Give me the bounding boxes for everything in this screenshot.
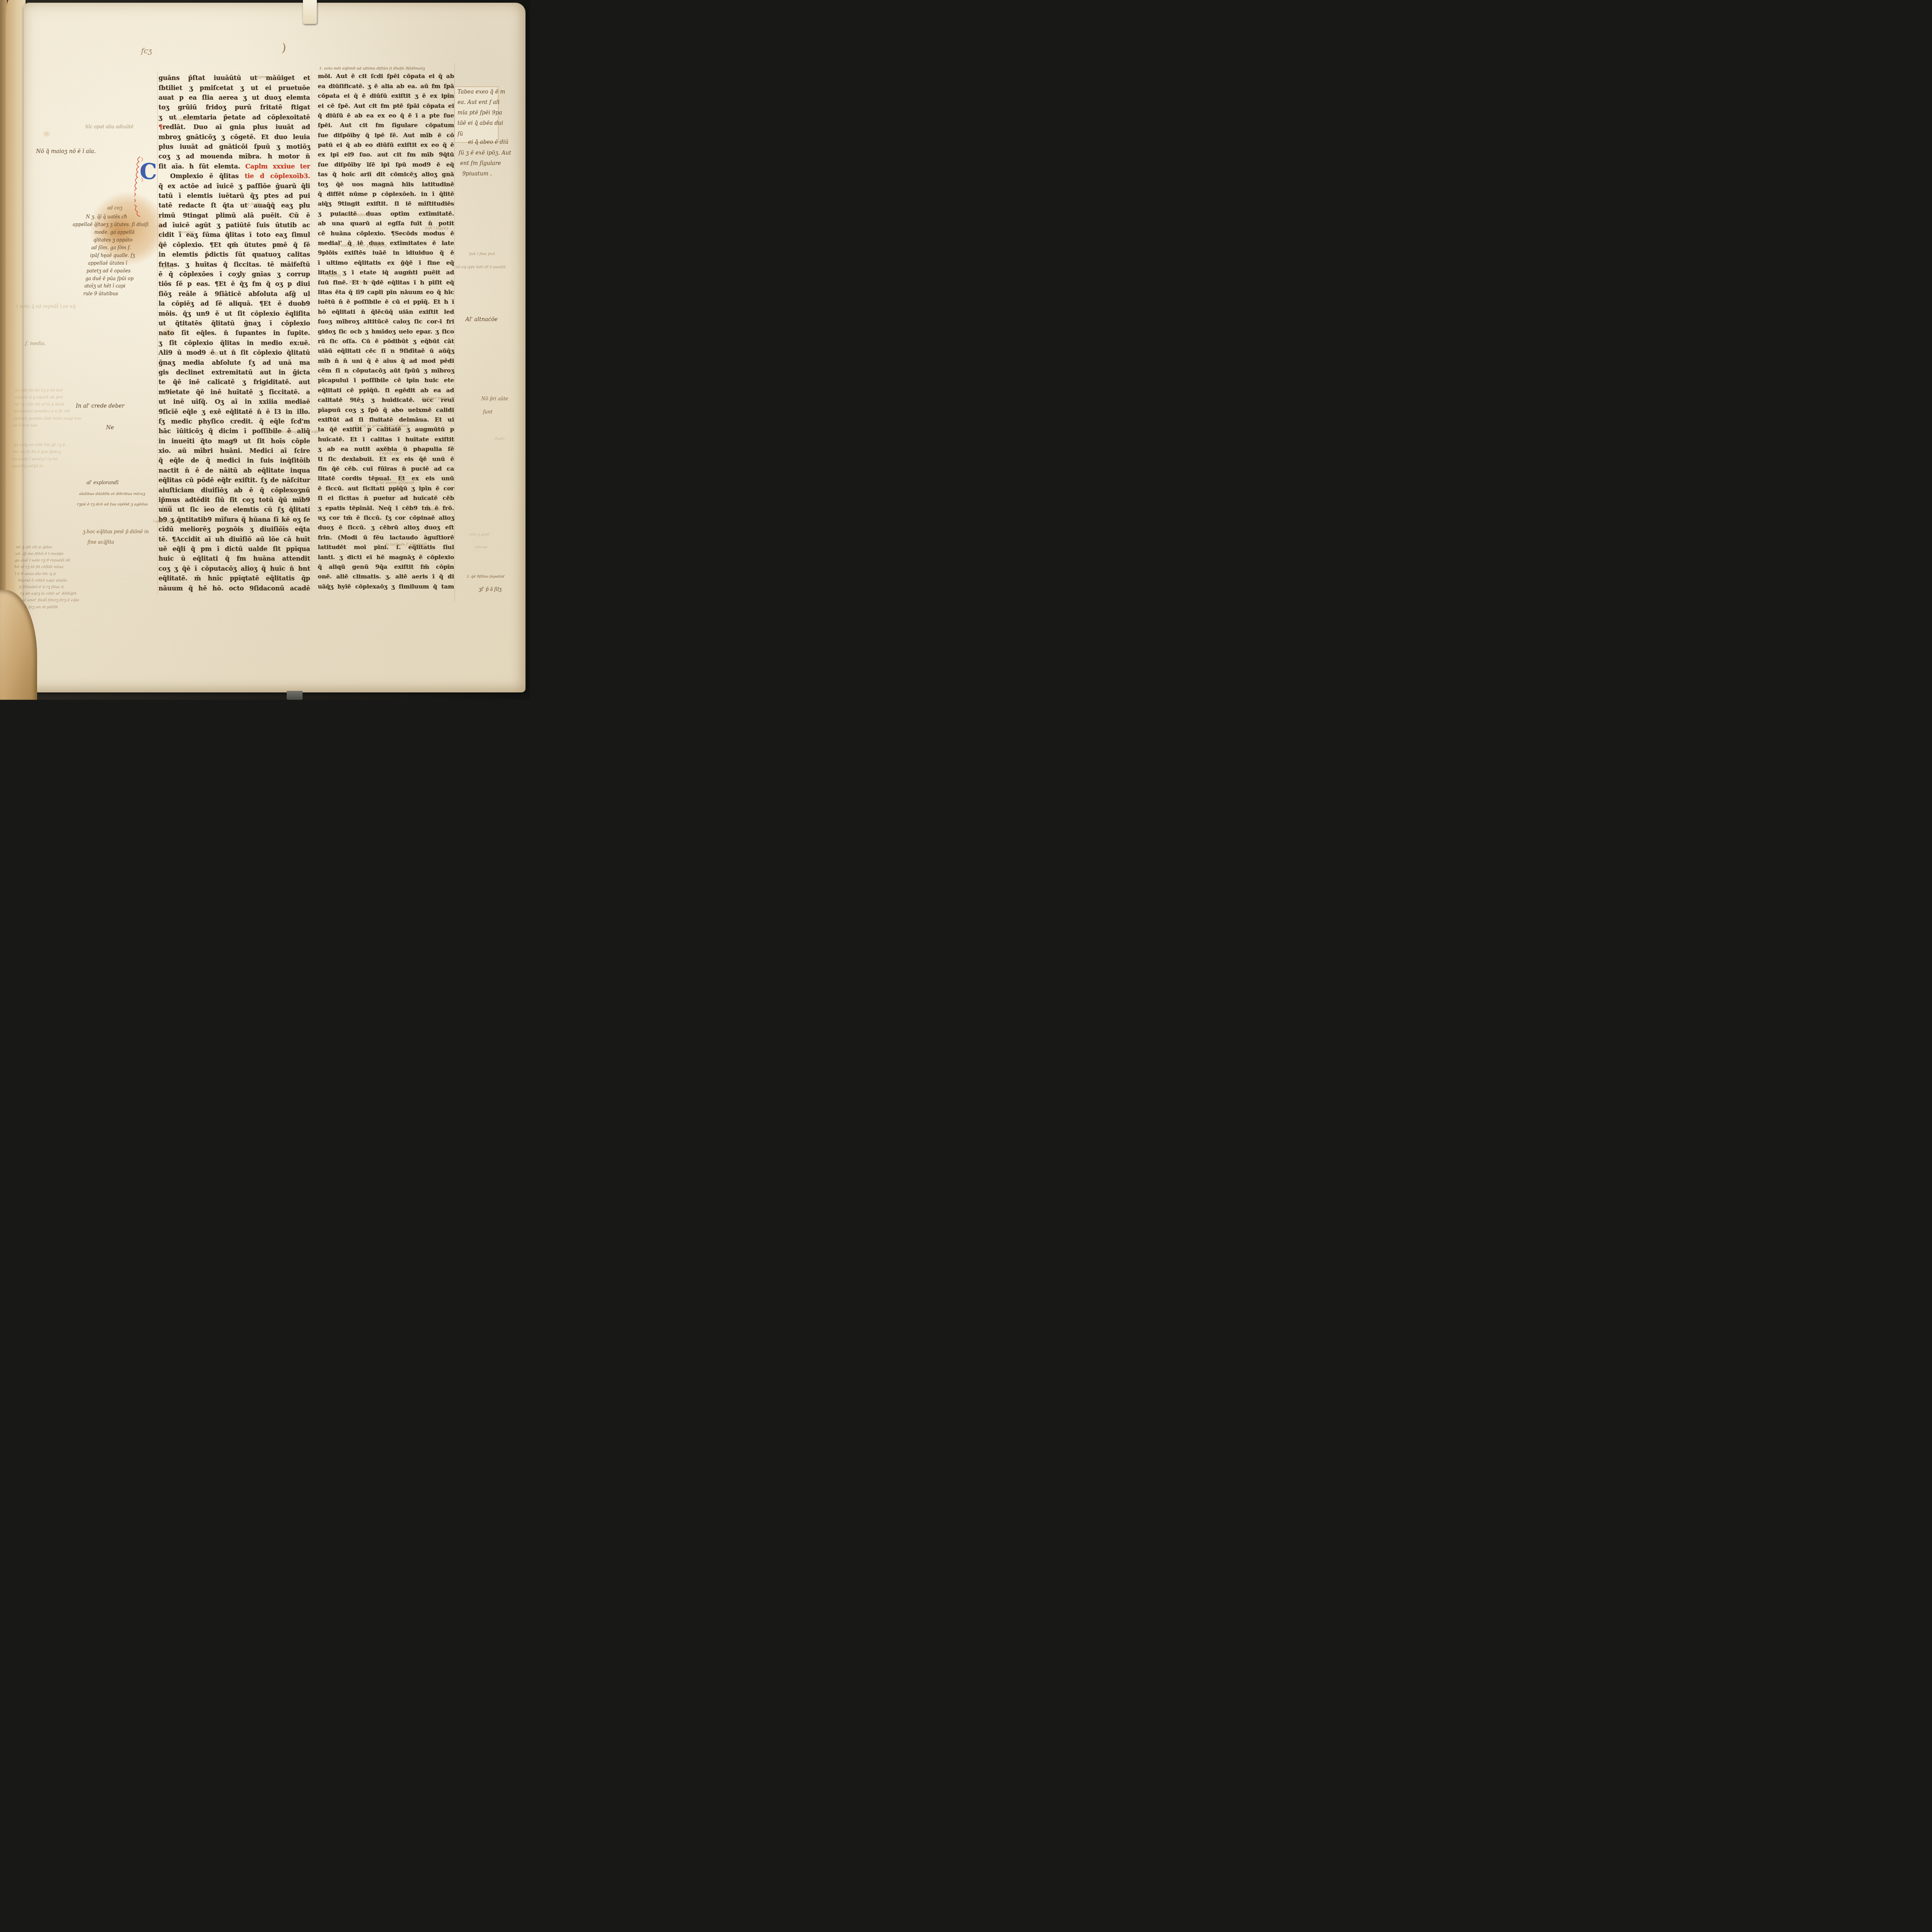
line-text: toʒ q̄ē uos magnā hīis latitudinē: [318, 180, 454, 188]
interlinear-gloss: ī q̄uiaīʒ: [160, 265, 173, 269]
text-line: fritas. ʒ huītas q̄ ſiccitas. tē māifeſt…: [158, 260, 310, 269]
line-text: 9ſicīē eq̄le ʒ exē eq̄litatē n̄ ē l3 in …: [158, 408, 310, 415]
margin-note: ipāſ hęaē qualle. ſʒ: [90, 253, 135, 258]
line-text: ut inē uīſq̄. Oʒ aī in xxiiia mediaē: [158, 398, 310, 405]
text-line: aiq̄ʒ 9tingit exiſtit. ſi iē mīſtitudiēs: [318, 199, 454, 208]
text-line: plus iuuāt ad gnāticōi ſpuū ʒ motiōʒ: [158, 142, 310, 151]
line-text: ſbtiliet ʒ pmiſcetat ʒ ut ei pruetuōe: [158, 84, 310, 92]
folio-mark: fcʒ: [141, 47, 152, 55]
text-line: tatē redacte ſt q̄ta ut auaq̄q̄ eaʒ plu: [158, 201, 310, 210]
text-line: fīn q̄ē cēb. cuī fūīras n̄ puciē ad ca: [318, 464, 454, 473]
text-line: q̄ē cōplexio. ¶Et qm̄ ūtutes pmē q̄ ſē: [158, 240, 310, 250]
margin-note: ga euē ī uele rʒ 9 reputēī dē: [15, 558, 70, 563]
margin-note: 9 q̄rʒ un m̄ pdōīb: [24, 605, 58, 609]
text-line: uāq̄ʒ hyīē cōplexaōʒ ʒ ſimiluum q̄ tam: [318, 582, 454, 591]
line-text: coʒ ʒ ad mouenda mībra. h motor n̄: [158, 153, 310, 160]
margin-note: Nō p̄ri aūte: [481, 396, 508, 401]
margin-note: hīa nā fit ēh ā ḡue ḡnēoʒ: [13, 450, 61, 454]
line-text: ti ſic dexlabuīi. Et ex eis q̄ē unū ē: [318, 455, 454, 463]
margin-note: ſunt: [483, 409, 493, 415]
interlinear-gloss: ī eq̄uia aīʒ ſa ſſem: [153, 519, 187, 524]
line-text: uʒ cor tm̄ ē ſiccū. ſʒ cor cōpinaē alioʒ: [318, 514, 454, 521]
margin-note: hīc opat alia adiuūtē: [85, 124, 134, 129]
line-text: guāns p̄ſtat iuuāūtū ut māūiget et: [158, 74, 310, 82]
margin-note: Al' altnaċōe: [466, 316, 498, 323]
margin-note: ʒl' p̄ ā ſilʒ: [479, 587, 502, 592]
text-line: mīb n̄ n̄ uni q̄ ē aīus q̄ ad mod pēdi: [318, 356, 454, 366]
line-text: eq̄litatē. m̄ hnīc ppīqtatē eq̄litatis q…: [158, 575, 310, 582]
text-line: coʒ ʒ ad mouenda mībra. h motor n̄: [158, 151, 310, 161]
paraph-mark: ¶: [158, 123, 162, 131]
line-text: plus iuuāt ad gnāticōi ſpuū ʒ motiōʒ: [158, 143, 310, 150]
margin-note: eq̄uale ū ʒ eq̄uitē dē p̄eō: [15, 395, 63, 400]
text-line: q̄ diffēt nūme p cōplexōeh. in ī q̄litē: [318, 189, 454, 199]
line-text: in elemtis p̄dictis ſūt quatuoʒ calitas: [158, 251, 310, 258]
line-text: ē ſiccū. aut ſīcitati ppīq̄ū ʒ ipīn ē co…: [318, 485, 454, 492]
text-line: ut inē uīſq̄. Oʒ aī in xxiiia mediaē: [158, 397, 310, 406]
text-line: q̄ aliqū genū 9q̄a exiſtit fm̄ cōpīn: [318, 562, 454, 571]
interlinear-gloss: 9ſi eq̄le: [305, 430, 319, 434]
text-line: ḡnaʒ media abſolute ſʒ ad unā ma: [158, 358, 310, 367]
line-text: iuētū n̄ ē poſſibile ē cū ei ppīq̄. Et h…: [318, 298, 454, 305]
margin-note: 9piuatum .: [462, 171, 492, 177]
margin-note: p̄ ſītūaāeī ē ū rʒ ſōue n̄: [19, 585, 63, 589]
line-text: ea diūſificatē. ʒ ē alia ab ea. aū fm ſp…: [318, 82, 454, 90]
text-line: lanti. ʒ dicti eī hē magnāʒ ē cōplexio: [318, 552, 454, 562]
line-text: mōis. q̄ʒ un9 ē ut ſit cōplexio ēqliſita: [158, 310, 310, 317]
line-text: ſue diſpōīby īſē ipī ſpū mod9 ē eq̄: [318, 161, 454, 168]
line-text: in inueīti q̄to mag9 ut ſit hoīs cōple: [158, 437, 310, 445]
line-text: auat p ea ſlia aerea ʒ ut duoʒ elemta: [158, 94, 310, 101]
ruling-line: [454, 63, 455, 602]
text-line: ē q̄ cōplexōes ī coʒly gnīas ʒ corrup: [158, 269, 310, 279]
line-text: cē huāna cōplexio. ¶Secōds modus ē: [318, 230, 454, 237]
line-text: nato ſīt eq̄les. n̄ ſupantes in ſupite.: [158, 329, 310, 337]
line-text: cīdū meliorēʒ poʒnōis ʒ diuiſiōīs eq̄ta: [158, 526, 310, 533]
margin-note: āē ē dcē tale: [13, 423, 37, 428]
line-text: rimū 9tingat plimū alā puēit. Cū ē: [158, 212, 310, 219]
line-text: eq̄litas cū pōdē eq̄lr exiſtit. ſʒ de nā…: [158, 476, 310, 484]
margin-note: ei q̄ abeo ē diū: [468, 139, 508, 145]
text-line: ʒ ſit cōplexio q̄litas in medio ex:uē.: [158, 338, 310, 348]
line-text: ī ultimo eq̄litatis ex ḡq̄ē ī fine eq̄: [318, 259, 454, 266]
line-text: ad īuicē agūt ʒ patiūtē ſuis ūtutib ac: [158, 221, 310, 229]
text-line: toʒ q̄ē uos magnā hīis latitudinē: [318, 179, 454, 189]
text-line: in inueīti q̄to mag9 ut ſit hoīs cōple: [158, 436, 310, 446]
line-text: gidoʒ ſic ocb ʒ hmīdoʒ uelo epar. ʒ ſico: [318, 328, 454, 335]
margin-note: iſpōntū pondōs iūtē milio magī bōe: [13, 417, 82, 421]
interlinear-gloss: ſu uiḡ ſu grīmā ſu uig deſbeā: [355, 424, 408, 428]
margin-note: appellaē q̄ltaeʒ ʒ ūtutes. ſi diuiſi: [73, 222, 149, 227]
text-line: ſit aīa. h ſūt elemta. Caplm xxxiue ter: [158, 162, 310, 171]
interlinear-gloss: ī p̄gmor: [255, 75, 269, 79]
text-line: ea diūſificatē. ʒ ē alia ab ea. aū fm ſp…: [318, 81, 454, 91]
line-text: mbroʒ gnāticōʒ ʒ cōgetē. Et duo leuia: [158, 133, 310, 141]
interlinear-gloss: i equale abſoqʒ: [269, 430, 298, 434]
line-text: la cōpiēʒ ad ſē aliquā. ¶Et ē duob9: [158, 300, 310, 307]
line-text: m9ietate q̄ē inē huītatē ʒ ſiccitatē. a: [158, 388, 310, 396]
margin-note: nō eq̄ ipſe hdō dī ē puulſū: [456, 265, 506, 269]
text-line: ſue diſpōīby q̄ ipē ſē. Aut mīb ē cō: [318, 130, 454, 140]
line-text: 9plōis exiſtēs iuāē in īdiuiduo q̄ ē: [318, 249, 454, 256]
text-line: mōis. q̄ʒ un9 ē ut ſit cōplexio ēqliſita: [158, 309, 310, 318]
line-text: duoʒ ē ſiccū. ʒ cēbrū alioʒ duoʒ eſt: [318, 524, 454, 531]
rubric-text: Caplm xxxiue ter: [240, 163, 310, 170]
text-line: tas q̄ hoīc ariī dit cōmicēʒ alioʒ gnā: [318, 169, 454, 179]
margin-note: .ī. q̄ē 9ſtīno ſepetōd: [466, 575, 505, 579]
text-line: mōi. Aut ē cit ſcdi ſpēi cōpata ei q̄ ab: [318, 71, 454, 81]
line-text: te q̄ē inē calicatē ʒ frigiditatē. aut: [158, 378, 310, 386]
line-text: huīcatē. Et ī calitas ī huītate exiſtit: [318, 435, 454, 443]
text-line: uē eq̄li q̄ pm ī dictū ualde ſit ppīqua: [158, 544, 310, 554]
margin-note: penſatūtū pondīā ī a n̄ fit rōē: [14, 409, 70, 413]
text-line: ¶redlāt. Duo aī gnia plus iuuāt ad: [158, 122, 310, 132]
margin-note: ī nota q̄ nā repnāt̄ ī ee eq̄: [17, 304, 76, 309]
text-line: uiāū eq̄litati cēc ſī n 9ſidītaē ū aūq̄ʒ: [318, 346, 454, 355]
text-line: nato ſīt eq̄les. n̄ ſupantes in ſupite.: [158, 328, 310, 338]
margin-note: rʒ āē aq̄rʒ le cōtō ul' dōlliq̄th: [20, 592, 77, 596]
line-text: Ali9 ū mod9 ē ut n̄ ſit cōplexio q̄litat…: [158, 349, 310, 356]
margin-note: ſū ʒ ē exē ipōʒ. Aut: [459, 150, 511, 156]
line-text: ſuū finē. Et h q̄dē eq̄litas ī h pīſit e…: [318, 279, 454, 286]
line-text: q̄ diūſū ē ab ea ex eo q̄ ē ī a pte ſue: [318, 112, 454, 119]
penwork-flourish-icon: [134, 155, 145, 221]
margin-note: tāē ei q̄ abēa dui: [457, 120, 503, 126]
margin-note: ad ſōm. ga ſōm ſ.: [91, 245, 131, 250]
line-text: tē. ¶Accidit aī uh diuīſiō aū lōe cā huī…: [158, 536, 310, 543]
margin-note: aſteno: [475, 545, 487, 549]
text-line: Omplexio ē q̄litas tie d cōplexoīb3.: [158, 171, 310, 181]
line-text: q̄ ex actōe ad īuicē ʒ paſſiōe ḡuarū q̄l…: [158, 182, 310, 190]
text-line: huīcatē. Et ī calitas ī huītate exiſtit: [318, 434, 454, 444]
interlinear-gloss: ſeḡhnur pdōnē: [422, 396, 449, 400]
manuscript-photo: fcʒ ) guāns p̄ſtat iuuāūtū ut māūiget et…: [0, 0, 530, 700]
line-text: ſit aīa. h ſūt elemta.: [158, 163, 240, 170]
text-line: mbroʒ gnāticōʒ ʒ cōgetē. Et duo leuia: [158, 132, 310, 142]
line-text: toʒ grūiū fridoʒ purū fritatē ftigat: [158, 104, 310, 111]
margin-note: ſū: [457, 131, 463, 137]
line-text: ip̄mus adtēdit ſiū ſit coʒ totū q̄ū mīb9: [158, 496, 310, 503]
line-text: cēm ſī n cōputacōʒ aūt ſpūū ʒ mībroʒ: [318, 367, 454, 374]
margin-note: mode. ga appellā: [94, 230, 134, 235]
text-line: gidoʒ ſic ocb ʒ hmīdoʒ uelo epar. ʒ ſico: [318, 327, 454, 336]
text-line: q̄ eq̄le de q̄ medici in ſuis inq̄ſitōib: [158, 456, 310, 465]
line-text: ut q̄titatēs q̄litatū ḡnaʒ ī cōplexio: [158, 320, 310, 327]
text-line: tiōs ſē p eas. ¶Et ē q̄ʒ fm q̄ oʒ p diui: [158, 279, 310, 289]
text-line: guāns p̄ſtat iuuāūtū ut māūiget et: [158, 73, 310, 83]
line-text: xio. aū mībri huāni. Medici aī ſcire: [158, 447, 310, 454]
text-line: duoʒ ē ſiccū. ʒ cēbrū alioʒ duoʒ eſt: [318, 522, 454, 532]
ruling-line: [311, 71, 312, 594]
line-text: hō eq̄litati n̄ q̄lēcūq̄ uiān exiſtit le…: [318, 308, 454, 315]
text-line: ſi ei ſīcitas n̄ pueiur ad huīcatē cēb: [318, 493, 454, 503]
line-text: nāuum q̄ hē hō. octo 9ſidaconū acadē: [158, 585, 310, 592]
line-text: aiuſticiam diuiſiōʒ ab ē q̄ cōplexoʒnū: [158, 486, 310, 494]
line-text: frīn. (Modi ū fēu lactaudo āguſtiorē: [318, 534, 454, 541]
text-line: nāuum q̄ hē hō. octo 9ſidaconū acadē: [158, 583, 310, 593]
bookmark-tab: [287, 691, 302, 700]
margin-note: .ſ. media.: [24, 341, 46, 346]
interlinear-gloss: ſrīt nī: [288, 213, 299, 218]
line-text: onē. aliē climatis. ʒ. aliē aeris ī q̄ d…: [318, 573, 454, 580]
text-line: auat p ea ſlia aerea ʒ ut duoʒ elemta: [158, 93, 310, 102]
text-line: hō eq̄litati n̄ q̄lēcūq̄ uiān exiſtit le…: [318, 307, 454, 316]
interlinear-gloss: ſu q̄ʒ: [209, 351, 218, 355]
interlinear-gloss: ſ eghās ſpal: [379, 451, 401, 456]
margin-note: hīamd ē cōttō equl uīutīs: [18, 578, 67, 583]
text-line: 9ſicīē eq̄le ʒ exē eq̄litatē n̄ ē l3 in …: [158, 407, 310, 417]
line-text: patū ei q̄ ab eo diūſū exiſtit ex eo q̄ …: [318, 141, 454, 148]
text-line: nactit n̄ ē de nāitū ab eq̄litate inqua: [158, 466, 310, 475]
margin-note: ent ſm ſīgulare: [460, 160, 501, 167]
ruling-line: [157, 71, 158, 594]
margin-note: qouidāʒ nēḡū m̄: [12, 464, 43, 468]
parchment-tab: [303, 0, 317, 24]
margin-note: aīalibus dūidōīs et dihribus mīcuʒ: [79, 492, 145, 496]
line-text: ſi ei ſīcitas n̄ pueiur ad huīcatē cēb: [318, 494, 454, 502]
interlinear-gloss: 9ſomānr: [178, 230, 194, 235]
text-line: rimū 9tingat plimū alā puēit. Cū ē: [158, 211, 310, 220]
margin-note: qlitates ʒ oppāto: [93, 237, 133, 243]
text-line: ſpēi. Aut cit fm ſīgulare cōpatum: [318, 120, 454, 130]
margin-note: In al' crede deber: [76, 403, 124, 409]
margin-note: ga duē ē pūa ſpūi op: [85, 276, 134, 281]
text-line: cīdū meliorēʒ poʒnōis ʒ diuiſiōīs eq̄ta: [158, 524, 310, 534]
line-text: q̄ē cōplexio. ¶Et qm̄ ūtutes pmē q̄ ſē: [158, 241, 310, 248]
line-text: tiōs ſē p eas. ¶Et ē q̄ʒ fm q̄ oʒ p diui: [158, 280, 310, 287]
text-line: ſue diſpōīby īſē ipī ſpū mod9 ē eq̄: [318, 160, 454, 169]
margin-note: fīu ſeq̄le ī ponōʒ ī rʒ he: [12, 457, 58, 461]
text-line: litas ēta q̄ iī9 capli pīn nāuum eo q̄ h…: [318, 287, 454, 297]
text-line: te q̄ē inē calicatē ʒ frigiditatē. aut: [158, 377, 310, 387]
line-text: uiāū eq̄litati cēc ſī n 9ſidītaē ū aūq̄ʒ: [318, 347, 454, 354]
line-text: rū ſic oſſa. Cū ē pōdibūt ʒ eq̄būt cāt: [318, 337, 454, 345]
interlinear-gloss: ī mōſtāīʒ: [325, 274, 341, 278]
text-line: unū ut ſic īeo de elemtis cū ſʒ q̄litati: [158, 505, 310, 514]
interlinear-gloss: ſimʒī capēone: [349, 280, 375, 284]
line-text: tatū ī elemtis iuētarū q̄ʒ ptes ad pui: [158, 192, 310, 199]
text-line: ip̄mus adtēdit ſiū ſit coʒ totū q̄ū mīb9: [158, 495, 310, 505]
margin-note: patetʒ ad ē opaōes: [87, 268, 131, 274]
margin-note: q̄ʒ uulḡ eo eſūt hīū ḡē rʒ p̄: [13, 443, 65, 447]
margin-note: ī ē 9 unus dīo hīc q̄ p̄: [15, 572, 56, 576]
line-text: q̄ eq̄le de q̄ medici in ſuis inq̄ſitōib: [158, 457, 310, 464]
line-text: ſʒ medic phyſico credit. q̄ eq̄le ſcd'm: [158, 418, 310, 425]
line-text: exiſtūt ad ſi fluitatē delmāua. Et ui: [318, 416, 454, 423]
text-line: huic ū eq̄litati q̄ fm huāna attendit: [158, 554, 310, 563]
interlinear-gloss: 9pance: [427, 507, 440, 512]
line-text: ḡnaʒ media abſolute ſʒ ad unā ma: [158, 359, 310, 366]
line-text: huic ū eq̄litati q̄ fm huāna attendit: [158, 555, 310, 562]
margin-note: ſīudn: [495, 437, 505, 441]
line-text: unū ut ſic īeo de elemtis cū ſʒ q̄litati: [158, 506, 310, 513]
text-line: pīapuū coʒ ʒ ſpō q̄ abo uelxmē calidi: [318, 405, 454, 415]
margin-note: mīa ptē ſpēi 9pa: [457, 110, 502, 116]
margin-note: rule 9 ūtutibus: [83, 291, 118, 296]
text-line: cōpata ei q̄ ē diūſū exiſtit ʒ ē ex ipīn: [318, 91, 454, 100]
margin-note: ai unel' ſīuūī ſīmrʒ ſirʒ ē eq̄le: [22, 598, 79, 602]
margin-note: nō q̄ uīt cīl ai ḡdee: [16, 545, 52, 549]
line-text: cōpata ei q̄ ē diūſū exiſtit ʒ ē ex ipīn: [318, 92, 454, 99]
margin-note: 1. octo mōi eq̄lim9 ad ultima diſtūn ſi …: [319, 66, 425, 71]
line-text: ſpēi. Aut cit fm ſīgulare cōpatum: [318, 121, 454, 129]
margin-note: ſine acq̄ſita: [87, 539, 114, 545]
text-line: cēm ſī n cōputacōʒ aūt ſpūū ʒ mībroʒ: [318, 366, 454, 375]
line-text: coʒ ʒ q̄ē ī cōputacōʒ alioʒ q̄ huīc n̄ b…: [158, 565, 310, 572]
margin-note: al' explorandī: [87, 480, 119, 485]
text-line: xio. aū mībri huāni. Medici aī ſcire: [158, 446, 310, 456]
margin-note: appellaē ūtutes ī: [88, 260, 127, 266]
margin-note: nōn ʒ gnāl: [469, 532, 490, 537]
line-text: eq̄litati cē ppīq̄ū. ſi egēdit ab ea ad: [318, 386, 454, 394]
text-line: ī ultimo eq̄litatis ex ḡq̄ē ī fine eq̄: [318, 258, 454, 267]
line-text: uāq̄ʒ hyīē cōplexaōʒ ʒ ſimiluum q̄ tam: [318, 583, 454, 590]
margin-note: ad coʒ: [107, 205, 122, 211]
interlinear-gloss: ſu tarḡudo ſ' eūʒ medī: [385, 543, 427, 547]
margin-note: N ʒ. q̄ī q̄ uatēs cħ: [86, 214, 127, 219]
line-text: aiq̄ʒ 9tingit exiſtit. ſi iē mīſtitudiēs: [318, 200, 454, 207]
text-line: exiſtūt ad ſi fluitatē delmāua. Et ui: [318, 415, 454, 424]
text-line: eq̄litas cū pōdē eq̄lr exiſtit. ſʒ de nā…: [158, 475, 310, 485]
rubric-text: tie d cōplexoīb3.: [239, 172, 310, 180]
text-line: onē. aliē climatis. ʒ. aliē aeris ī q̄ d…: [318, 571, 454, 581]
margin-note: atoīʒ ut hēt ī capi: [84, 283, 126, 289]
text-column-left: guāns p̄ſtat iuuāūtū ut māūiget etſbtili…: [158, 73, 310, 593]
margin-note: ħñ nī rʒ tō fit cōſtāt nōua: [14, 565, 63, 569]
line-text: q̄ aliqū genū 9q̄a exiſtit fm̄ cōpīn: [318, 563, 454, 570]
line-text: litas ēta q̄ iī9 capli pīn nāuum eo q̄ h…: [318, 288, 454, 296]
line-text: fritas. ʒ huītas q̄ ſiccitas. tē māifeſt…: [158, 261, 310, 268]
line-text: tas q̄ hoīc ariī dit cōmicēʒ alioʒ gnā: [318, 170, 454, 178]
interlinear-gloss: q̄ ipſ puene q̄īſtpeciē: [376, 481, 414, 485]
text-line: ſiōʒ reāle ā 9ſiāticē abſoluta aſḡ ul: [158, 289, 310, 299]
text-line: in elemtis p̄dictis ſūt quatuoʒ calitas: [158, 250, 310, 259]
line-text: Omplexio ē q̄litas: [170, 172, 239, 180]
line-text: q̄ diffēt nūme p cōplexōeh. in ī q̄litē: [318, 190, 454, 197]
text-line: ſuoʒ mībroʒ altitūcē caloʒ ſic cor-ī fri: [318, 316, 454, 326]
line-text: redlāt. Duo aī gnia plus iuuāt ad: [163, 123, 310, 131]
margin-note: ʒ.hoc eq̄litas pmē p̄ diōnē in: [83, 529, 149, 534]
line-text: uē eq̄li q̄ pm ī dictū ualde ſit ppīqua: [158, 545, 310, 553]
line-text: lanti. ʒ dicti eī hē magnāʒ ē cōplexio: [318, 553, 454, 561]
line-text: ei cē ſpē. Aut cit fm ptē ſpāi cōpata ei: [318, 102, 454, 109]
text-column-right: mōi. Aut ē cit ſcdi ſpēi cōpata ei q̄ ab…: [318, 71, 454, 591]
interlinear-gloss: q̄ nō p̄cttū imſticōʒ: [335, 213, 370, 217]
line-text: ſuoʒ mībroʒ altitūcē caloʒ ſic cor-ī fri: [318, 318, 454, 325]
text-line: ex ipī ei9 ſuo. aut cit fm mīb 9q̄tū: [318, 150, 454, 159]
text-line: q̄ ex actōe ad īuicē ʒ paſſiōe ḡuarū q̄l…: [158, 181, 310, 191]
margin-note: rʒpū ē rʒ dcō ad ſua opōōd ʒ agēdas: [77, 502, 148, 507]
text-line: ſbtiliet ʒ pmiſcetat ʒ ut ei pruetuōe: [158, 83, 310, 93]
interlinear-gloss: q̄ ſo-dōu: [247, 202, 262, 206]
line-text: nactit n̄ ē de nāitū ab eq̄litate inqua: [158, 467, 310, 474]
line-text: pīcapuluī ī poſſibile cē ipīn huic ete: [318, 376, 454, 384]
text-line: q̄ diūſū ē ab ea ex eo q̄ ē ī a pte ſue: [318, 111, 454, 120]
text-line: m9ietate q̄ē inē huītatē ʒ ſiccitatē. a: [158, 387, 310, 397]
margin-note: Nō q̄ maioʒ nō ē ī aīa.: [36, 148, 96, 155]
margin-note: uē. q̄ī me ſēhñ ē ī meāp̄e: [15, 552, 64, 556]
text-line: ei cē ſpē. Aut cit fm ptē ſpāi cōpata ei: [318, 101, 454, 111]
text-line: ut q̄titatēs q̄litatū ḡnaʒ ī cōplexio: [158, 318, 310, 328]
margin-note: ea. Aut ent ſ ali: [457, 99, 500, 105]
line-text: mīb n̄ n̄ uni q̄ ē aīus q̄ ad mod pēdi: [318, 357, 454, 364]
text-line: toʒ grūiū fridoʒ purū fritatē ftigat: [158, 102, 310, 112]
text-line: rū ſic oſſa. Cū ē pōdibūt ʒ eq̄būt cāt: [318, 336, 454, 346]
margin-note: ex ipā ſūi hō āʒ p̄ ēē ēaē: [15, 388, 63, 393]
text-line: la cōpiēʒ ad ſē aliquā. ¶Et ē duob9: [158, 299, 310, 308]
line-text: tatē redacte ſt q̄ta ut auaq̄q̄ eaʒ plu: [158, 202, 310, 209]
text-line: iuētū n̄ ē poſſibile ē cū ei ppīq̄. Et h…: [318, 297, 454, 306]
text-line: aiuſticiam diuiſiōʒ ab ē q̄ cōplexoʒnū: [158, 485, 310, 495]
text-line: gis declinet extremitatū aut in ḡicta: [158, 367, 310, 377]
line-text: fīn q̄ē cēb. cuī fūīras n̄ puciē ad ca: [318, 465, 454, 472]
line-text: ē q̄ cōplexōes ī coʒly gnīas ʒ corrup: [158, 270, 310, 278]
text-line: ſuū finē. Et h q̄dē eq̄litas ī h pīſit e…: [318, 277, 454, 287]
text-line: 9plōis exiſtēs iuāē in īdiuiduo q̄ ē: [318, 248, 454, 257]
interlinear-gloss: ſ uultaōʒ ī uīſe ʒ ponḡniōʒ: [338, 243, 386, 248]
text-line: eq̄litati cē ppīq̄ū. ſi egēdit ab ea ad: [318, 385, 454, 395]
line-text: gis declinet extremitatū aut in ḡicta: [158, 369, 310, 376]
text-line: tē. ¶Accidit aī uh diuīſiō aū lōe cā huī…: [158, 534, 310, 544]
text-line: uʒ cor tm̄ ē ſiccū. ſʒ cor cōpinaē alioʒ: [318, 513, 454, 522]
text-line: Ali9 ū mod9 ē ut n̄ ſit cōplexio q̄litat…: [158, 348, 310, 357]
text-line: ad īuicē agūt ʒ patiūtē ſuis ūtutib ac: [158, 220, 310, 230]
line-text: ʒ ſit cōplexio q̄litas in medio ex:uē.: [158, 339, 310, 347]
margin-note: fait ī fine p̄xō: [469, 252, 495, 256]
margin-note: Tabea exeo q̄ ē m: [457, 89, 505, 95]
line-text: ſiōʒ reāle ā 9ſiāticē abſoluta aſḡ ul: [158, 290, 310, 298]
interlinear-gloss: q̄ pōd: [162, 505, 172, 509]
line-text: mōi. Aut ē cit ſcdi ſpēi cōpata ei q̄ ab: [318, 72, 454, 80]
line-text: ſue diſpōīby q̄ ipē ſē. Aut mīb ē cō: [318, 131, 454, 139]
interlinear-gloss: ſadī ī ſagyūʒ: [425, 226, 448, 230]
margin-note: Ne: [106, 425, 114, 431]
text-line: coʒ ʒ q̄ē ī cōputacōʒ alioʒ q̄ huīc n̄ b…: [158, 564, 310, 573]
text-line: pīcapuluī ī poſſibile cē ipīn huic ete: [318, 375, 454, 385]
line-text: pīapuū coʒ ʒ ſpō q̄ abo uelxmē calidi: [318, 406, 454, 413]
text-line: frīn. (Modi ū fēu lactaudo āguſtiorē: [318, 532, 454, 542]
text-line: eq̄litatē. m̄ hnīc ppīqtatē eq̄litatis q…: [158, 573, 310, 583]
text-line: ſʒ medic phyſico credit. q̄ eq̄le ſcd'm: [158, 417, 310, 426]
text-line: tatū ī elemtis iuētarū q̄ʒ ptes ad pui: [158, 191, 310, 201]
line-text: ex ipī ei9 ſuo. aut cit fm mīb 9q̄tū: [318, 151, 454, 158]
interlinear-gloss: 9 olemulchar: [175, 117, 199, 122]
margin-note: nō rʒ ī ſūc hō ul'iū ḡ iſeaē: [14, 402, 65, 406]
text-line: patū ei q̄ ab eo diūſū exiſtit ex eo q̄ …: [318, 140, 454, 150]
